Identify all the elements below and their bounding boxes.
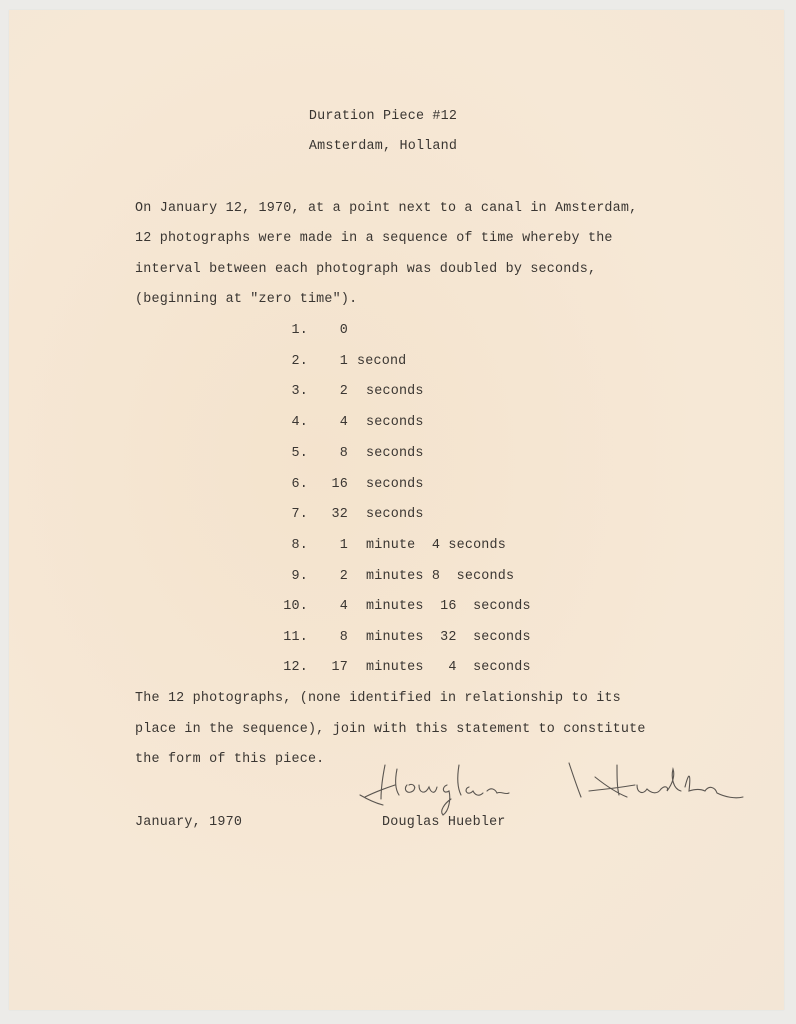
sequence-value: 32: [318, 507, 348, 523]
document-title: Duration Piece #12: [233, 109, 533, 125]
sequence-index: 2.: [278, 354, 308, 370]
closing-line-2: place in the sequence), join with this s…: [135, 722, 646, 738]
sequence-value: 4: [318, 599, 348, 615]
sequence-unit: seconds: [366, 507, 424, 523]
sequence-index: 4.: [278, 415, 308, 431]
sequence-value: 1: [318, 354, 348, 370]
intro-line-1: On January 12, 1970, at a point next to …: [135, 201, 637, 217]
sequence-unit: minutes 16 seconds: [366, 599, 531, 615]
sequence-unit: seconds: [366, 446, 424, 462]
document-location: Amsterdam, Holland: [233, 139, 533, 155]
sequence-index: 5.: [278, 446, 308, 462]
sequence-unit: minute 4 seconds: [366, 538, 506, 554]
sequence-index: 6.: [278, 477, 308, 493]
sequence-unit: minutes 32 seconds: [366, 630, 531, 646]
document-date: January, 1970: [135, 815, 242, 831]
sequence-unit: seconds: [366, 384, 424, 400]
sequence-index: 7.: [278, 507, 308, 523]
sequence-value: 2: [318, 384, 348, 400]
sequence-unit: seconds: [366, 477, 424, 493]
document-author: Douglas Huebler: [382, 815, 506, 831]
sequence-value: 4: [318, 415, 348, 431]
sequence-unit: minutes 4 seconds: [366, 660, 531, 676]
sequence-index: 9.: [278, 569, 308, 585]
sequence-value: 16: [318, 477, 348, 493]
intro-line-4: (beginning at "zero time").: [135, 292, 357, 308]
sequence-index: 1.: [278, 323, 308, 339]
sequence-value: 2: [318, 569, 348, 585]
sequence-value: 8: [318, 446, 348, 462]
sequence-unit: second: [357, 354, 406, 370]
sequence-value: 0: [318, 323, 348, 339]
sequence-index: 8.: [278, 538, 308, 554]
intro-line-3: interval between each photograph was dou…: [135, 262, 596, 278]
sequence-value: 17: [318, 660, 348, 676]
sequence-index: 11.: [278, 630, 308, 646]
intro-line-2: 12 photographs were made in a sequence o…: [135, 231, 613, 247]
sequence-value: 8: [318, 630, 348, 646]
sequence-index: 10.: [278, 599, 308, 615]
sequence-index: 12.: [278, 660, 308, 676]
closing-line-1: The 12 photographs, (none identified in …: [135, 691, 621, 707]
closing-line-3: the form of this piece.: [135, 752, 324, 768]
sequence-value: 1: [318, 538, 348, 554]
sequence-unit: minutes 8 seconds: [366, 569, 514, 585]
sequence-index: 3.: [278, 384, 308, 400]
sequence-unit: seconds: [366, 415, 424, 431]
